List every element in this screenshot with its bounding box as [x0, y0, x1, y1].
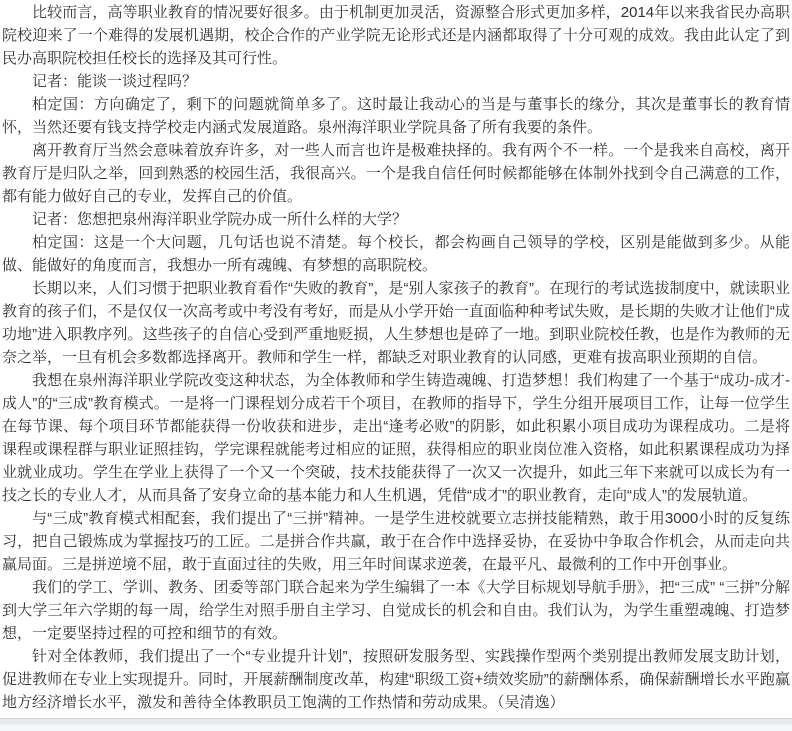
bottom-divider: [0, 718, 792, 731]
paragraph-answer-1: 柏定国：方向确定了，剩下的问题就简单多了。这时最让我动心的当是与董事长的缘分，其…: [2, 93, 790, 139]
paragraph-reporter-question-2: 记者：您想把泉州海洋职业学院办成一所什么样的大学？: [2, 208, 790, 231]
paragraph-reporter-question-1: 记者：能谈一谈过程吗？: [2, 70, 790, 93]
paragraph-teacher-plan: 针对全体教师，我们提出了一个“专业提升计划”，按照研发服务型、实践操作型两个类别…: [2, 645, 790, 714]
article-page: 比较而言，高等职业教育的情况要好很多。由于机制更加灵活，资源整合形式更加多样，2…: [0, 0, 792, 731]
paragraph-sancheng-model: 我想在泉州海洋职业学院改变这种状态，为全体教师和学生铸造魂魄、打造梦想！我们构建…: [2, 369, 790, 507]
paragraph-sanpin-spirit: 与“三成”教育模式相配套，我们提出了“三拼”精神。一是学生进校就要立志拼技能精熟…: [2, 507, 790, 576]
paragraph-intro: 比较而言，高等职业教育的情况要好很多。由于机制更加灵活，资源整合形式更加多样，2…: [2, 1, 790, 70]
paragraph-answer-2: 柏定国：这是一个大问题，几句话也说不清楚。每个校长，都会构画自己领导的学校，区别…: [2, 231, 790, 277]
article-body: 比较而言，高等职业教育的情况要好很多。由于机制更加灵活，资源整合形式更加多样，2…: [0, 0, 792, 714]
paragraph-answer-1-continued: 离开教育厅当然会意味着放弃许多，对一些人而言也许是极难抉择的。我有两个不一样。一…: [2, 139, 790, 208]
paragraph-vocational-education-status: 长期以来，人们习惯于把职业教育看作“失败的教育”，是“别人家孩子的教育”。在现行…: [2, 277, 790, 369]
paragraph-handbook: 我们的学工、学训、教务、团委等部门联合起来为学生编辑了一本《大学目标规划导航手册…: [2, 576, 790, 645]
